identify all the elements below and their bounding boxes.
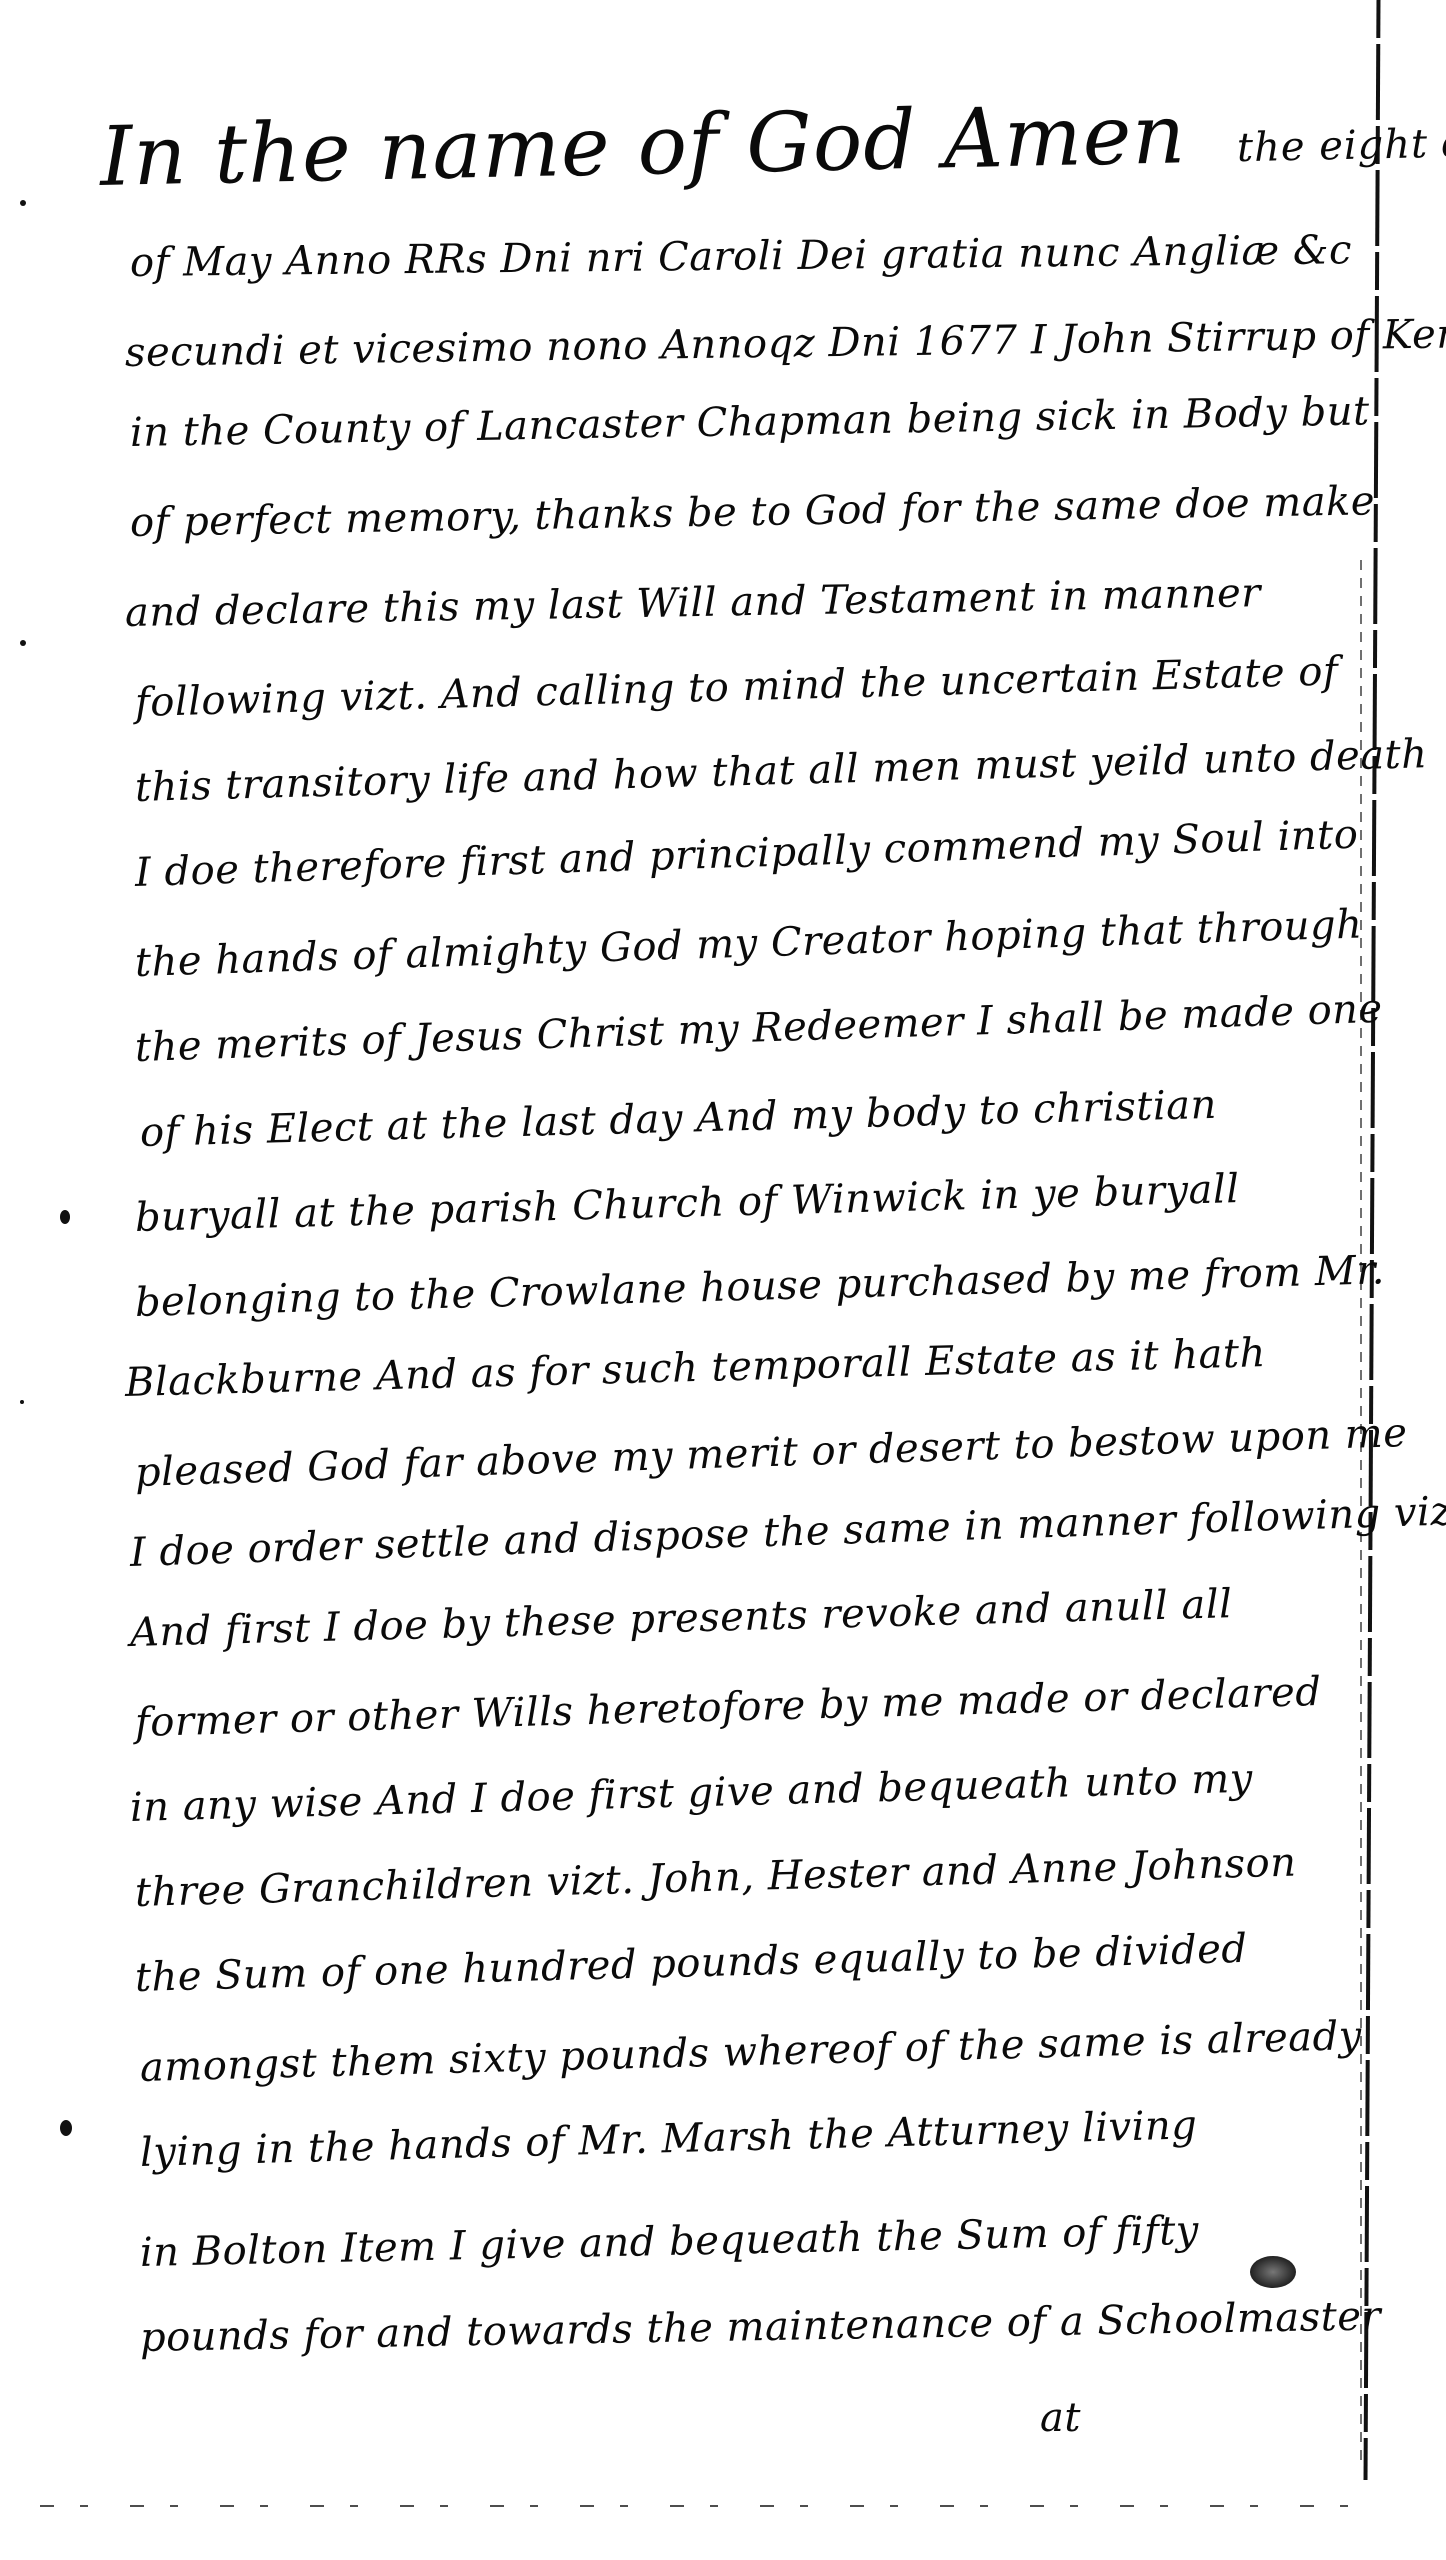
text-line-17: I doe order settle and dispose the same … [129,1488,1446,1576]
text-line-2: of May Anno RRs Dni nri Caroli Dei grati… [130,227,1352,286]
margin-speck [60,2120,72,2136]
page-bottom-edge [40,2505,1360,2507]
text-line-14: belonging to the Crowlane house purchase… [134,1247,1385,1326]
text-line-7: following vizt. And calling to mind the … [134,649,1338,726]
text-line-8: this transitory life and how that all me… [134,731,1428,811]
text-line-15: Blackburne And as for such temporall Est… [124,1330,1266,1406]
text-line-26: pounds for and towards the maintenance o… [140,2293,1382,2361]
text-line-12: of his Elect at the last day And my body… [139,1082,1217,1156]
margin-speck [20,640,26,646]
text-line-18: And first I doe by these presents revoke… [129,1581,1233,1656]
will-invocation: In the name of God Amen [99,87,1187,205]
margin-speck [20,200,26,206]
text-line-16: pleased God far above my merit or desert… [134,1410,1408,1496]
text-line-24: lying in the hands of Mr. Marsh the Attu… [139,2102,1197,2176]
margin-speck [20,1400,24,1404]
page-right-edge [1364,0,1381,2480]
manuscript-page: In the name of God Amen the eight day of… [0,0,1446,2560]
text-line-20: in any wise And I doe first give and beq… [129,1756,1253,1831]
text-line-4: in the County of Lancaster Chapman being… [130,388,1370,456]
text-line-13: buryall at the parish Church of Winwick … [134,1166,1240,1241]
margin-speck [60,1210,70,1224]
text-line-10: the hands of almighty God my Creator hop… [134,901,1363,986]
text-line-23: amongst them sixty pounds whereof of the… [139,2013,1362,2091]
text-line-19: former or other Wills heretofore by me m… [134,1669,1322,1746]
text-line-6: and declare this my last Will and Testam… [125,570,1262,636]
text-line-21: three Granchildren vizt. John, Hester an… [134,1840,1297,1916]
heading-line: In the name of God Amen the eight day [99,80,1446,205]
text-line-3: secundi et vicesimo nono Annoqz Dni 1677… [125,310,1446,376]
text-line-25: in Bolton Item I give and bequeath the S… [140,2208,1200,2276]
text-line-9: I doe therefore first and principally co… [134,812,1359,896]
text-line-22: the Sum of one hundred pounds equally to… [134,1926,1248,2001]
text-line-5: of perfect memory, thanks be to God for … [130,478,1376,546]
catchword: at [1040,2395,1081,2441]
date-phrase: the eight day [1236,119,1446,171]
text-line-11: the merits of Jesus Christ my Redeemer I… [134,986,1383,1071]
ink-blot [1250,2256,1296,2288]
